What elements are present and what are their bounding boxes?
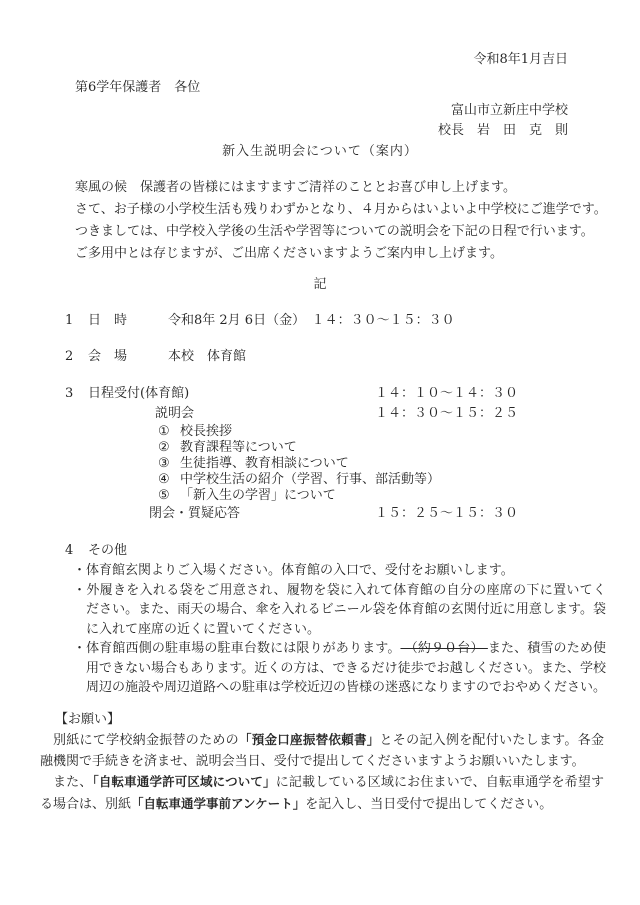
item-venue-label: 会 場 (88, 347, 127, 367)
request-para1-pre: 別紙にて学校納金振替のための (53, 733, 239, 748)
item-datetime-number: 1 (65, 311, 73, 331)
bullet-entry: ・体育館玄関よりご入場ください。体育館の入口で、受付をお願いします。 (73, 561, 606, 581)
sender-school: 富山市立新庄中学校 (0, 101, 640, 121)
request-para2-bold-zone: 「自転車通学許可区域について」 (92, 774, 275, 789)
item-venue: 2 会 場 本校 体育館 (0, 347, 640, 367)
request-para2-bold-survey: 「自転車通学事前アンケート」 (131, 796, 305, 811)
greeting-line-4: ご多用中とは存じますが、ご出席くださいますようご案内申し上げます。 (75, 243, 640, 265)
request-para2-pre: また、 (53, 775, 92, 790)
item-other-label: その他 (88, 541, 127, 561)
bullet-marker: ・ (73, 583, 86, 598)
agenda-item-5-number: ⑤ (158, 488, 170, 504)
item-schedule-number: 3 (65, 384, 73, 404)
agenda-item-4-number: ④ (158, 472, 170, 488)
agenda-item-4: ④ 中学校生活の紹介（学習、行事、部活動等） (0, 472, 640, 488)
agenda-item-2: ② 教育課程等について (0, 440, 640, 456)
item-other-number: 4 (65, 541, 73, 561)
agenda-item-5: ⑤ 「新入生の学習」について (0, 488, 640, 504)
item-schedule: 3 日程受付(体育館) １４：１０～１４：３０ 説明会 １４：３０～１５：２５ … (0, 384, 640, 522)
bullet-shoes-text: 外履きを入れる袋をご用意され、履物を袋に入れて体育館の自分の座席の下に置いてくだ… (86, 583, 606, 637)
schedule-session-row: 説明会 １４：３０～１５：２５ (0, 404, 640, 424)
schedule-reception-time: １４：１０～１４：３０ (375, 384, 518, 404)
sender-principal: 校長 岩 田 克 則 (0, 121, 640, 141)
bullet-shoes: ・外履きを入れる袋をご用意され、履物を袋に入れて体育館の自分の座席の下に置いてく… (73, 581, 606, 640)
bullet-parking-pre: 体育館西側の駐車場の駐車台数には限りがあります。 (86, 641, 400, 656)
agenda-item-1-number: ① (158, 424, 170, 440)
addressee: 第6学年保護者 各位 (75, 78, 640, 98)
request-para2-post: を記入し、当日受付で提出してください。 (305, 797, 552, 812)
issue-date: 令和8年1月吉日 (0, 0, 640, 70)
item-other: 4 その他 (0, 541, 640, 561)
request-paragraph-2: また、「自転車通学許可区域について」に記載している区域にお住まいで、自転車通学を… (40, 772, 604, 815)
bullet-marker: ・ (73, 641, 86, 656)
item-datetime-label: 日 時 (88, 311, 127, 331)
schedule-closing-time: １５：２５～１５：３０ (375, 504, 518, 524)
bullet-marker: ・ (73, 563, 86, 578)
item-datetime-value: 令和8年 2月 6日（金） １４：３０～１５：３０ (168, 311, 455, 331)
schedule-reception-label: 日程受付(体育館) (88, 384, 189, 404)
item-venue-value: 本校 体育館 (168, 347, 246, 367)
agenda-item-2-text: 教育課程等について (180, 440, 297, 456)
request-section: 【お願い】 別紙にて学校納金振替のための「預金口座振替依頼書」とその記入例を配付… (40, 710, 604, 816)
item-venue-number: 2 (65, 347, 73, 367)
greeting-paragraph: 寒風の候 保護者の皆様にはますますご清祥のこととお喜び申し上げます。 さて、お子… (75, 177, 640, 265)
agenda-item-4-text: 中学校生活の紹介（学習、行事、部活動等） (180, 472, 440, 488)
schedule-session-label: 説明会 (155, 404, 194, 424)
item-datetime: 1 日 時 令和8年 2月 6日（金） １４：３０～１５：３０ (0, 311, 640, 331)
document-page: 令和8年1月吉日 第6学年保護者 各位 富山市立新庄中学校 校長 岩 田 克 則… (0, 0, 640, 905)
bullet-parking-struck-text: （約９０台） (400, 641, 487, 656)
request-para1-bold-form: 「預金口座振替依頼書」 (239, 732, 380, 747)
schedule-reception-row: 3 日程受付(体育館) １４：１０～１４：３０ (0, 384, 640, 404)
agenda-item-3-text: 生徒指導、教育相談について (180, 456, 349, 472)
request-paragraph-1: 別紙にて学校納金振替のための「預金口座振替依頼書」とその記入例を配付いたします。… (40, 730, 604, 772)
greeting-line-2: さて、お子様の小学校生活も残りわずかとなり、４月からはいよいよ中学校にご進学です… (75, 199, 640, 221)
bullet-entry-text: 体育館玄関よりご入場ください。体育館の入口で、受付をお願いします。 (86, 563, 514, 578)
document-title: 新入生説明会について（案内） (0, 142, 640, 162)
schedule-closing-label: 閉会・質疑応答 (149, 504, 240, 524)
greeting-line-3: つきましては、中学校入学後の生活や学習等についての説明会を下記の日程で行います。 (75, 221, 640, 243)
agenda-item-3-number: ③ (158, 456, 170, 472)
agenda-item-2-number: ② (158, 440, 170, 456)
bullet-parking: ・体育館西側の駐車場の駐車台数には限りがあります。 （約９０台） また、積雪のた… (73, 639, 606, 698)
request-heading: 【お願い】 (55, 710, 604, 731)
agenda-item-1-text: 校長挨拶 (180, 424, 232, 440)
other-bullet-list: ・体育館玄関よりご入場ください。体育館の入口で、受付をお願いします。 ・外履きを… (73, 561, 606, 698)
schedule-agenda: ① 校長挨拶 ② 教育課程等について ③ 生徒指導、教育相談について ④ 中学校… (0, 424, 640, 504)
schedule-closing-row: 閉会・質疑応答 １５：２５～１５：３０ (0, 504, 640, 522)
record-marker: 記 (0, 275, 640, 295)
agenda-item-5-text: 「新入生の学習」について (180, 488, 336, 504)
schedule-session-time: １４：３０～１５：２５ (375, 404, 518, 424)
greeting-line-1: 寒風の候 保護者の皆様にはますますご清祥のこととお喜び申し上げます。 (75, 177, 640, 199)
agenda-item-1: ① 校長挨拶 (0, 424, 640, 440)
agenda-item-3: ③ 生徒指導、教育相談について (0, 456, 640, 472)
